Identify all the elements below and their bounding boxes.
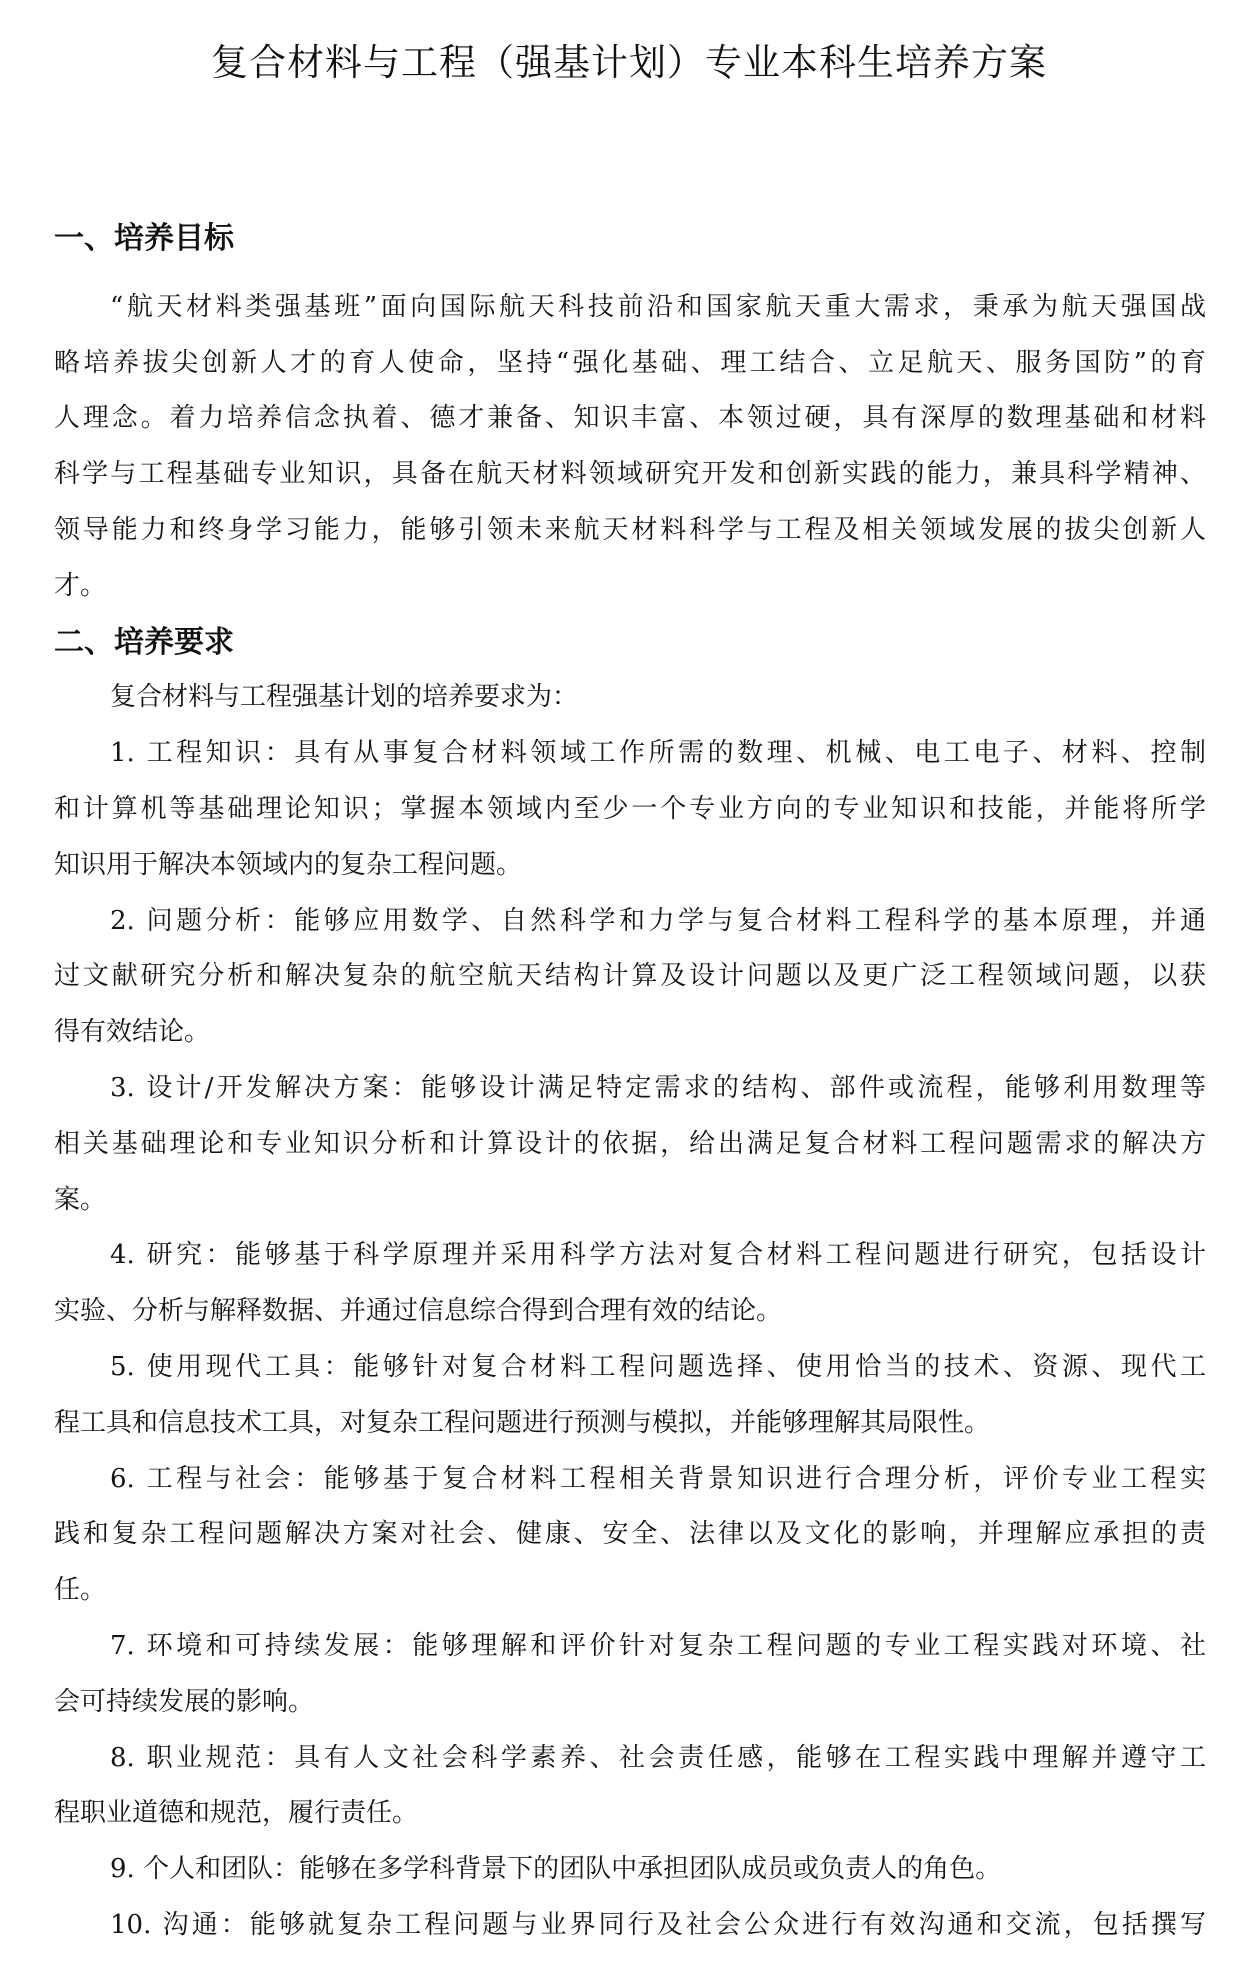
document-body: 一、培养目标 “航天材料类强基班”面向国际航天科技前沿和国家航天重大需求，秉承为… xyxy=(54,211,1206,1954)
requirement-item-4: 4. 研究：能够基于科学原理并采用科学方法对复合材料工程问题进行研究，包括设计 … xyxy=(54,1228,1206,1340)
text-line: 略培养拔尖创新人才的育人使命，坚持“强化基础、理工结合、立足航天、服务国防”的育 xyxy=(54,336,1206,392)
text-line: “航天材料类强基班”面向国际航天科技前沿和国家航天重大需求，秉承为航天强国战 xyxy=(54,280,1206,336)
text-line: 人理念。着力培养信念执着、德才兼备、知识丰富、本领过硬，具有深厚的数理基础和材料 xyxy=(54,391,1206,447)
section-heading-training-objectives: 一、培养目标 xyxy=(54,211,1206,267)
text-line: 才。 xyxy=(54,559,1206,615)
text-line: 会可持续发展的影响。 xyxy=(54,1675,1206,1731)
paragraph-requirements-intro: 复合材料与工程强基计划的培养要求为： xyxy=(54,670,1206,726)
requirement-item-1: 1. 工程知识：具有从事复合材料领域工作所需的数理、机械、电工电子、材料、控制 … xyxy=(54,726,1206,893)
text-line: 程工具和信息技术工具，对复杂工程问题进行预测与模拟，并能够理解其局限性。 xyxy=(54,1396,1206,1452)
text-line: 任。 xyxy=(54,1563,1206,1619)
text-line: 得有效结论。 xyxy=(54,1005,1206,1061)
requirement-item-5: 5. 使用现代工具：能够针对复合材料工程问题选择、使用恰当的技术、资源、现代工 … xyxy=(54,1340,1206,1452)
requirement-item-6: 6. 工程与社会：能够基于复合材料工程相关背景知识进行合理分析，评价专业工程实 … xyxy=(54,1452,1206,1619)
text-line: 案。 xyxy=(54,1173,1206,1229)
text-line: 过文献研究分析和解决复杂的航空航天结构计算及设计问题以及更广泛工程领域问题，以获 xyxy=(54,949,1206,1005)
text-line: 7. 环境和可持续发展：能够理解和评价针对复杂工程问题的专业工程实践对环境、社 xyxy=(54,1619,1206,1675)
document-title: 复合材料与工程（强基计划）专业本科生培养方案 xyxy=(0,38,1258,88)
text-line: 程职业道德和规范，履行责任。 xyxy=(54,1786,1206,1842)
requirement-item-7: 7. 环境和可持续发展：能够理解和评价针对复杂工程问题的专业工程实践对环境、社 … xyxy=(54,1619,1206,1731)
text-line: 9. 个人和团队：能够在多学科背景下的团队中承担团队成员或负责人的角色。 xyxy=(54,1842,1206,1898)
requirement-item-10: 10. 沟通：能够就复杂工程问题与业界同行及社会公众进行有效沟通和交流，包括撰写 xyxy=(54,1898,1206,1954)
text-line: 相关基础理论和专业知识分析和计算设计的依据，给出满足复合材料工程问题需求的解决方 xyxy=(54,1117,1206,1173)
text-line: 知识用于解决本领域内的复杂工程问题。 xyxy=(54,838,1206,894)
text-line: 1. 工程知识：具有从事复合材料领域工作所需的数理、机械、电工电子、材料、控制 xyxy=(54,726,1206,782)
text-line: 和计算机等基础理论知识；掌握本领域内至少一个专业方向的专业知识和技能，并能将所学 xyxy=(54,782,1206,838)
document-page: 复合材料与工程（强基计划）专业本科生培养方案 一、培养目标 “航天材料类强基班”… xyxy=(0,0,1258,1973)
text-line: 2. 问题分析：能够应用数学、自然科学和力学与复合材料工程科学的基本原理，并通 xyxy=(54,894,1206,950)
paragraph-training-objectives: “航天材料类强基班”面向国际航天科技前沿和国家航天重大需求，秉承为航天强国战 略… xyxy=(54,280,1206,615)
requirement-item-8: 8. 职业规范：具有人文社会科学素养、社会责任感，能够在工程实践中理解并遵守工 … xyxy=(54,1731,1206,1843)
text-line: 实验、分析与解释数据、并通过信息综合得到合理有效的结论。 xyxy=(54,1284,1206,1340)
requirement-item-2: 2. 问题分析：能够应用数学、自然科学和力学与复合材料工程科学的基本原理，并通 … xyxy=(54,894,1206,1061)
text-line: 践和复杂工程问题解决方案对社会、健康、安全、法律以及文化的影响，并理解应承担的责 xyxy=(54,1507,1206,1563)
requirement-item-9: 9. 个人和团队：能够在多学科背景下的团队中承担团队成员或负责人的角色。 xyxy=(54,1842,1206,1898)
section-heading-training-requirements: 二、培养要求 xyxy=(54,615,1206,671)
text-line: 领导能力和终身学习能力，能够引领未来航天材料科学与工程及相关领域发展的拔尖创新人 xyxy=(54,503,1206,559)
text-line: 4. 研究：能够基于科学原理并采用科学方法对复合材料工程问题进行研究，包括设计 xyxy=(54,1228,1206,1284)
text-line: 3. 设计/开发解决方案：能够设计满足特定需求的结构、部件或流程，能够利用数理等 xyxy=(54,1061,1206,1117)
text-line: 5. 使用现代工具：能够针对复合材料工程问题选择、使用恰当的技术、资源、现代工 xyxy=(54,1340,1206,1396)
text-line: 科学与工程基础专业知识，具备在航天材料领域研究开发和创新实践的能力，兼具科学精神… xyxy=(54,447,1206,503)
text-line: 8. 职业规范：具有人文社会科学素养、社会责任感，能够在工程实践中理解并遵守工 xyxy=(54,1731,1206,1787)
text-line: 复合材料与工程强基计划的培养要求为： xyxy=(54,670,1206,726)
requirement-item-3: 3. 设计/开发解决方案：能够设计满足特定需求的结构、部件或流程，能够利用数理等… xyxy=(54,1061,1206,1228)
text-line: 6. 工程与社会：能够基于复合材料工程相关背景知识进行合理分析，评价专业工程实 xyxy=(54,1452,1206,1508)
text-line: 10. 沟通：能够就复杂工程问题与业界同行及社会公众进行有效沟通和交流，包括撰写 xyxy=(54,1898,1206,1954)
